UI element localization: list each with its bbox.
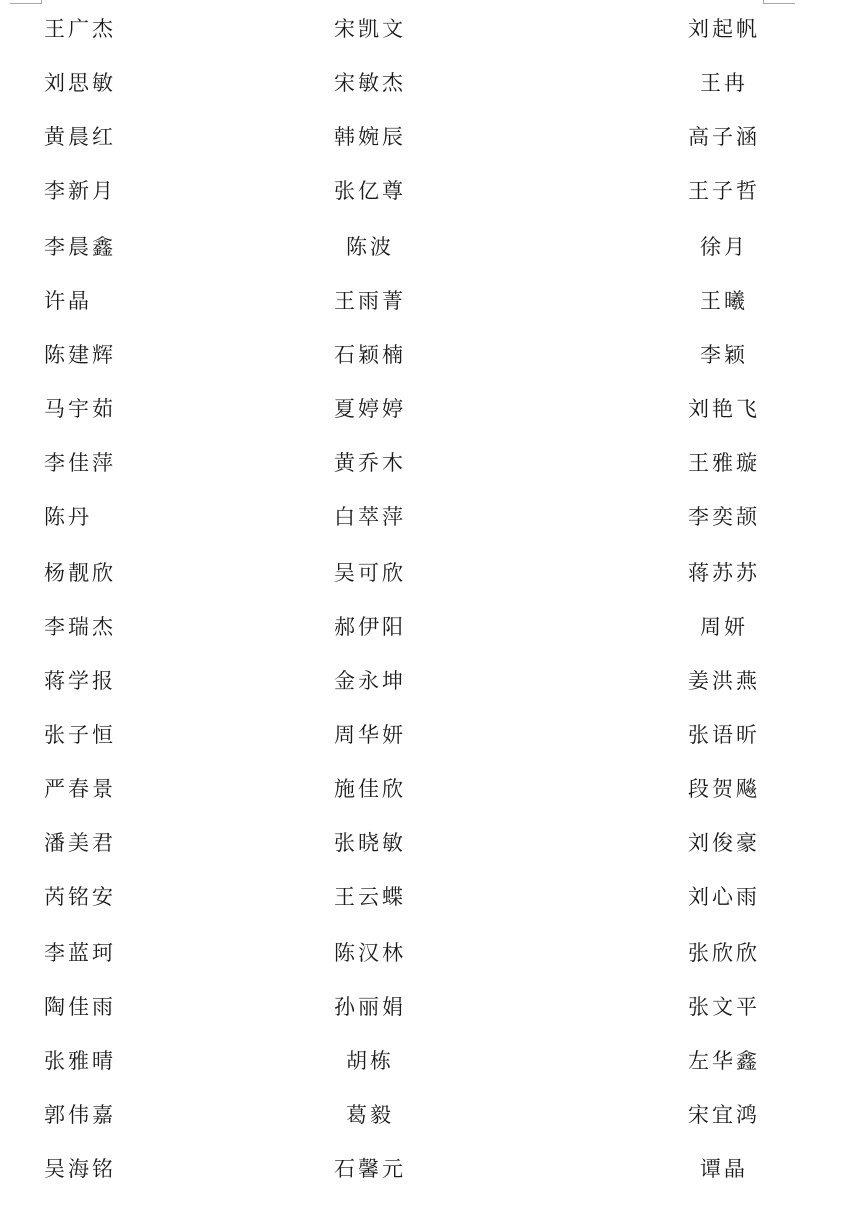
name-cell: 黄晨红 xyxy=(44,124,116,150)
name-cell: 陈丹 xyxy=(44,504,92,530)
name-cell: 许晶 xyxy=(44,288,92,314)
name-cell: 芮铭安 xyxy=(44,884,116,910)
name-cell: 王广杰 xyxy=(44,16,116,42)
name-cell: 段贺飚 xyxy=(624,776,824,802)
name-cell: 周妍 xyxy=(624,614,824,640)
table-row: 张雅晴 胡栋 左华鑫 xyxy=(0,1034,868,1088)
name-cell: 郝伊阳 xyxy=(270,614,470,640)
name-cell: 张晓敏 xyxy=(270,830,470,856)
table-row: 芮铭安 王云蝶 刘心雨 xyxy=(0,870,868,926)
name-cell: 刘起帆 xyxy=(624,16,824,42)
name-cell: 马宇茹 xyxy=(44,396,116,422)
table-row: 马宇茹 夏婷婷 刘艳飞 xyxy=(0,382,868,436)
name-cell: 张亿尊 xyxy=(270,178,470,204)
name-cell: 石馨元 xyxy=(270,1156,470,1182)
name-cell: 张雅晴 xyxy=(44,1048,116,1074)
name-cell: 韩婉辰 xyxy=(270,124,470,150)
table-row: 许晶 王雨菁 王曦 xyxy=(0,274,868,328)
name-cell: 李奕颉 xyxy=(624,504,824,530)
name-cell: 张子恒 xyxy=(44,722,116,748)
name-cell: 周华妍 xyxy=(270,722,470,748)
name-cell: 石颖楠 xyxy=(270,342,470,368)
name-cell: 张欣欣 xyxy=(624,940,824,966)
name-cell: 刘思敏 xyxy=(44,70,116,96)
table-row: 李晨鑫 陈波 徐月 xyxy=(0,218,868,274)
name-cell: 郭伟嘉 xyxy=(44,1102,116,1128)
table-row: 张子恒 周华妍 张语昕 xyxy=(0,708,868,762)
table-row: 陈丹 白萃萍 李奕颉 xyxy=(0,490,868,546)
table-row: 潘美君 张晓敏 刘俊豪 xyxy=(0,816,868,870)
name-cell: 王子哲 xyxy=(624,178,824,204)
table-row: 郭伟嘉 葛毅 宋宜鸿 xyxy=(0,1088,868,1142)
name-cell: 施佳欣 xyxy=(270,776,470,802)
name-cell: 吴可欣 xyxy=(270,560,470,586)
table-row: 李佳萍 黄乔木 王雅璇 xyxy=(0,436,868,490)
name-cell: 黄乔木 xyxy=(270,450,470,476)
name-cell: 吴海铭 xyxy=(44,1156,116,1182)
name-cell: 左华鑫 xyxy=(624,1048,824,1074)
table-row: 李新月 张亿尊 王子哲 xyxy=(0,164,868,218)
name-cell: 张文平 xyxy=(624,994,824,1020)
table-row: 吴海铭 石馨元 谭晶 xyxy=(0,1142,868,1196)
name-cell: 陈波 xyxy=(270,234,470,260)
name-cell: 白萃萍 xyxy=(270,504,470,530)
name-cell: 陈汉林 xyxy=(270,940,470,966)
name-cell: 蒋学报 xyxy=(44,668,116,694)
name-cell: 宋敏杰 xyxy=(270,70,470,96)
name-cell: 王雅璇 xyxy=(624,450,824,476)
name-cell: 王曦 xyxy=(624,288,824,314)
table-row: 王广杰 宋凯文 刘起帆 xyxy=(0,2,868,56)
name-cell: 潘美君 xyxy=(44,830,116,856)
name-cell: 姜洪燕 xyxy=(624,668,824,694)
name-cell: 王冉 xyxy=(624,70,824,96)
name-cell: 高子涵 xyxy=(624,124,824,150)
table-row: 李瑞杰 郝伊阳 周妍 xyxy=(0,600,868,654)
table-row: 陶佳雨 孙丽娟 张文平 xyxy=(0,980,868,1034)
name-cell: 宋宜鸿 xyxy=(624,1102,824,1128)
name-cell: 李佳萍 xyxy=(44,450,116,476)
table-row: 李蓝珂 陈汉林 张欣欣 xyxy=(0,926,868,980)
name-cell: 严春景 xyxy=(44,776,116,802)
name-cell: 夏婷婷 xyxy=(270,396,470,422)
name-cell: 宋凯文 xyxy=(270,16,470,42)
name-list-table: 王广杰 宋凯文 刘起帆 刘思敏 宋敏杰 王冉 黄晨红 韩婉辰 高子涵 李新月 张… xyxy=(0,2,868,1196)
name-cell: 李蓝珂 xyxy=(44,940,116,966)
name-cell: 刘心雨 xyxy=(624,884,824,910)
table-row: 蒋学报 金永坤 姜洪燕 xyxy=(0,654,868,708)
table-row: 黄晨红 韩婉辰 高子涵 xyxy=(0,110,868,164)
name-cell: 李晨鑫 xyxy=(44,234,116,260)
name-cell: 金永坤 xyxy=(270,668,470,694)
name-cell: 陶佳雨 xyxy=(44,994,116,1020)
name-cell: 刘艳飞 xyxy=(624,396,824,422)
name-cell: 刘俊豪 xyxy=(624,830,824,856)
name-cell: 胡栋 xyxy=(270,1048,470,1074)
table-row: 陈建辉 石颖楠 李颖 xyxy=(0,328,868,382)
name-cell: 李新月 xyxy=(44,178,116,204)
name-cell: 徐月 xyxy=(624,234,824,260)
name-cell: 蒋苏苏 xyxy=(624,560,824,586)
name-cell: 葛毅 xyxy=(270,1102,470,1128)
name-cell: 杨靓欣 xyxy=(44,560,116,586)
name-cell: 李颖 xyxy=(624,342,824,368)
name-cell: 陈建辉 xyxy=(44,342,116,368)
name-cell: 王雨菁 xyxy=(270,288,470,314)
name-cell: 孙丽娟 xyxy=(270,994,470,1020)
table-row: 杨靓欣 吴可欣 蒋苏苏 xyxy=(0,546,868,600)
name-cell: 李瑞杰 xyxy=(44,614,116,640)
name-cell: 谭晶 xyxy=(624,1156,824,1182)
table-row: 严春景 施佳欣 段贺飚 xyxy=(0,762,868,816)
name-cell: 王云蝶 xyxy=(270,884,470,910)
table-row: 刘思敏 宋敏杰 王冉 xyxy=(0,56,868,110)
name-cell: 张语昕 xyxy=(624,722,824,748)
